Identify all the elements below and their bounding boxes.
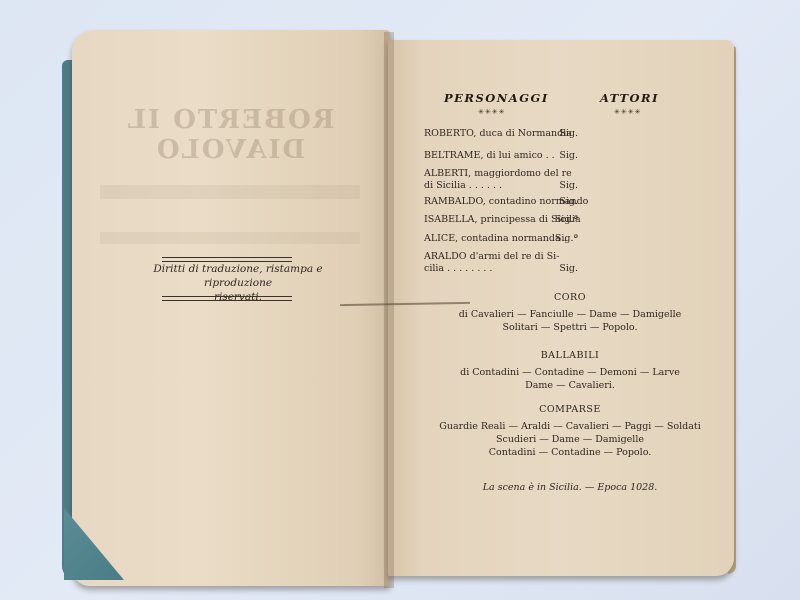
- cast-role: ROBERTO, duca di Normandia: [424, 128, 572, 139]
- section-ballabili: BALLABILIdi Contadini — Contadine — Demo…: [420, 350, 720, 392]
- rights-line-1: Diritti di traduzione, ristampa e riprod…: [118, 262, 358, 290]
- cast-role: ALICE, contadina normanda .: [424, 233, 567, 244]
- cast-title: Sig.: [559, 196, 578, 207]
- bleed-through-line: [100, 232, 360, 244]
- cast-role: BELTRAME, di lui amico . .: [424, 150, 555, 161]
- section-title: BALLABILI: [420, 350, 720, 361]
- cast-role: cilia . . . . . . . .: [424, 263, 492, 274]
- cast-title: Sig.: [559, 150, 578, 161]
- cast-title: Sig.ª: [555, 233, 578, 244]
- cast-role: di Sicilia . . . . . .: [424, 180, 502, 191]
- cast-row: cilia . . . . . . . .Sig.: [424, 263, 574, 274]
- ornament-stars: ✳✳✳✳: [614, 108, 641, 116]
- cast-title: Sig.: [559, 128, 578, 139]
- cast-row: ALBERTI, maggiordomo del re: [424, 168, 574, 179]
- cast-title: Sig.: [559, 180, 578, 191]
- header-attori: ATTORI: [600, 91, 659, 105]
- cast-row: ARALDO d'armi del re di Si-: [424, 251, 574, 262]
- section-line: Contadini — Contadine — Popolo.: [420, 446, 720, 459]
- cast-row: di Sicilia . . . . . .Sig.: [424, 180, 574, 191]
- cast-role: ALBERTI, maggiordomo del re: [424, 168, 572, 179]
- cast-row: BELTRAME, di lui amico . .Sig.: [424, 150, 574, 161]
- bleed-through-line: [100, 185, 360, 199]
- section-title: COMPARSE: [420, 404, 720, 415]
- section-line: Dame — Cavalieri.: [420, 379, 720, 392]
- header-personaggi: PERSONAGGI: [444, 91, 549, 105]
- section-line: di Cavalieri — Fanciulle — Dame — Damige…: [420, 308, 720, 321]
- section-line: Scudieri — Dame — Damigelle: [420, 433, 720, 446]
- cast-title: Sig.: [559, 263, 578, 274]
- cast-role: ARALDO d'armi del re di Si-: [424, 251, 559, 262]
- cast-row: ROBERTO, duca di NormandiaSig.: [424, 128, 574, 139]
- ornament-stars: ✳✳✳✳: [478, 108, 505, 116]
- rule-bottom: [162, 296, 292, 301]
- bleed-through-title: ROBERTO IL DIAVOLO: [100, 105, 360, 165]
- book-gutter: [384, 32, 394, 588]
- section-comparse: COMPARSEGuardie Reali — Araldi — Cavalie…: [420, 404, 720, 459]
- section-coro: COROdi Cavalieri — Fanciulle — Dame — Da…: [420, 292, 720, 334]
- scene-note: La scena è in Sicilia. — Epoca 1028.: [420, 482, 720, 493]
- section-title: CORO: [420, 292, 720, 303]
- section-line: di Contadini — Contadine — Demoni — Larv…: [420, 366, 720, 379]
- cast-row: RAMBALDO, contadino normandoSig.: [424, 196, 574, 207]
- section-line: Guardie Reali — Araldi — Cavalieri — Pag…: [420, 420, 720, 433]
- section-line: Solitari — Spettri — Popolo.: [420, 321, 720, 334]
- cast-title: Sig.ª: [555, 214, 578, 225]
- cast-row: ALICE, contadina normanda .Sig.ª: [424, 233, 574, 244]
- cast-row: ISABELLA, principessa di SiciliaSig.ª: [424, 214, 574, 225]
